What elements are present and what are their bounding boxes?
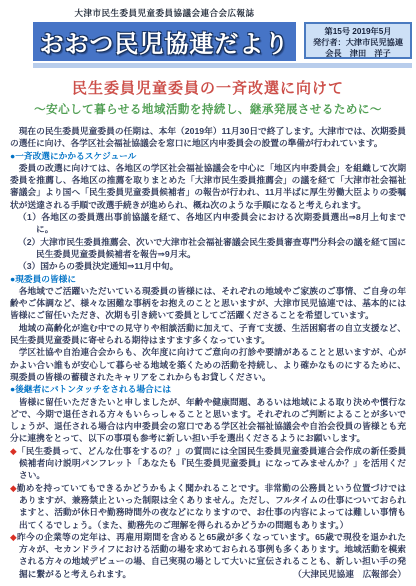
masthead: おおつ民児協連だより 第15号 2019年5月 発行者：大津市民児協連 会長 津… [33, 22, 412, 61]
issue-info-box: 第15号 2019年5月 発行者：大津市民児協連 会長 津田 洋子 [304, 22, 412, 59]
section-heading-schedule: ●一斉改選にかかるスケジュール [10, 150, 406, 162]
section-heading-current-members: ●現委員の皆様に [10, 273, 406, 285]
issue-chairperson: 会長 津田 洋子 [308, 48, 408, 59]
diamond-list-item: ◆「民生委員って、どんな仕事をするの？」の質問には全国民生委員児童委員連合会作成… [10, 445, 406, 482]
diamond-item-text: 勤めを持っていてもできるかどうかもよく聞かれることです。非常勤の公務員という位置… [17, 483, 406, 530]
headline-title: 民生委員児童委員の一斉改選に向けて [0, 77, 416, 98]
current-members-paragraph: 各地域でご活躍いただいている現委員の皆様には、それぞれの地域やご家族のご事情、ご… [10, 285, 406, 322]
diamond-list-item: ◆勤めを持っていてもできるかどうかもよく聞かれることです。非常勤の公務員という位… [10, 482, 406, 531]
issue-publisher: 発行者：大津市民児協連 [308, 37, 408, 48]
article-body: 現在の民生委員児童委員の任期は、本年（2019年）11月30日で終了します。大津… [10, 125, 406, 580]
schedule-step: （2）大津市民生委員推薦会、次いで大津市社会福祉審議会民生委員審査専門分科会の議… [10, 236, 406, 261]
diamond-bullet-icon: ◆ [10, 532, 17, 542]
succession-paragraph: 皆様に留任いただきたいと申しましたが、年齢や健康問題、あるいは地域による取り決め… [10, 396, 406, 445]
diamond-bullet-icon: ◆ [10, 483, 17, 493]
diamond-item-text: 「民生委員って、どんな仕事をするの？」の質問には全国民生委員児童委員連合会作成の… [17, 446, 406, 481]
newsletter-title-banner: おおつ民児協連だより [33, 22, 296, 61]
intro-paragraph: 現在の民生委員児童委員の任期は、本年（2019年）11月30日で終了します。大津… [10, 125, 406, 150]
newsletter-title: おおつ民児協連だより [40, 24, 290, 59]
schedule-step: （1）各地区の委員選出事前協議を経て、各地区内申委員会における次期委員選出⇒8月… [10, 211, 406, 236]
current-members-paragraph: 地域の高齢化が進む中での見守りや相談活動に加えて、子育て支援、生活困窮者の自立支… [10, 322, 406, 347]
headline-subtitle: ～安心して暮らせる地域活動を持続し、継承発展させるために～ [0, 101, 416, 117]
schedule-paragraph: 委員の改選に向けては、各地区の学区社会福祉協議会を中心に「地区内申委員会」を組織… [10, 162, 406, 211]
newsletter-page: 大津市民生委員児童委員協議会連合会広報誌 おおつ民児協連だより 第15号 201… [0, 7, 416, 586]
diamond-bullet-icon: ◆ [10, 446, 17, 456]
section-heading-succession: ●後継者にバトンタッチをされる場合には [10, 383, 406, 395]
masthead-underline-strip [33, 63, 412, 68]
current-members-paragraph: 学区社協や自治連合会からも、次年度に向けてご意向の打診や要請があることと思います… [10, 346, 406, 383]
issue-number-date: 第15号 2019年5月 [308, 26, 408, 37]
schedule-step: （3）国からの委員決定通知⇒11月中旬。 [10, 260, 406, 272]
publication-label: 大津市民生委員児童委員協議会連合会広報誌 [33, 7, 296, 19]
